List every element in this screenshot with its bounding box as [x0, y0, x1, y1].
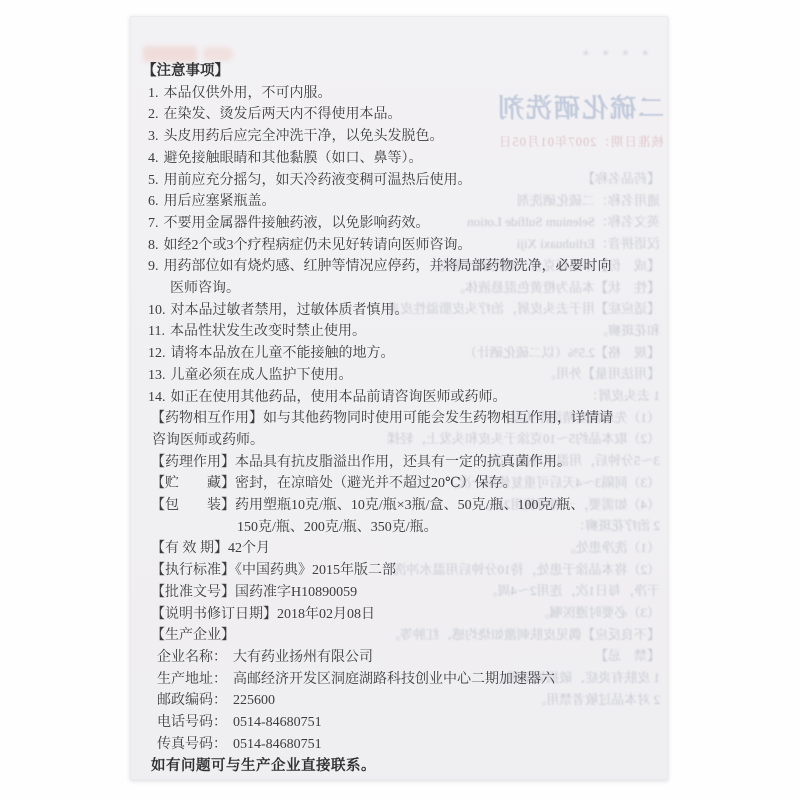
company-field-value: 大有药业扬州有限公司 — [233, 650, 373, 665]
corner-marks-showthrough: ✳ ✳ ✳ ✳ — [582, 48, 654, 59]
item-text: 本品性状发生改变时禁止使用。 — [170, 324, 366, 339]
precaution-item: 4.避免接触眼睛和其他黏膜（如口、鼻等）。 — [142, 148, 650, 170]
precaution-item: 9.用药部位如有烧灼感、红肿等情况应停药，并将局部药物洗净，必要时向 — [142, 256, 650, 278]
company-field-label: 企业名称： — [157, 650, 227, 665]
company-field-label: 电话号码： — [157, 715, 227, 730]
entry-label: 【说明书修订日期】 — [151, 607, 277, 622]
entry-row: 【包 装】药用塑瓶10克/瓶、10克/瓶×3瓶/盒、50克/瓶、100克/瓶、 — [142, 495, 650, 517]
entry-value: 《中国药典》2015年版二部 — [235, 563, 396, 578]
company-field-label: 邮政编码： — [157, 693, 227, 708]
entry-label: 【药物相互作用】 — [151, 411, 263, 426]
item-text: 请将本品放在儿童不能接触的地方。 — [171, 346, 395, 361]
company-row: 电话号码：0514-84680751 — [142, 712, 650, 734]
item-number: 11. — [148, 321, 165, 343]
item-text: 头皮用药后应完全冲洗干净，以免头发脱色。 — [164, 129, 444, 144]
company-info: 企业名称：大有药业扬州有限公司生产地址：高邮经济开发区洞庭湖路科技创业中心二期加… — [142, 647, 650, 756]
entry-label: 【包 装】 — [151, 498, 235, 513]
company-field-value: 0514-84680751 — [233, 737, 322, 752]
entry-row: 【执行标准】《中国药典》2015年版二部 — [142, 560, 650, 582]
item-number: 4. — [148, 148, 159, 170]
item-text: 本品仅供外用，不可内服。 — [164, 86, 332, 101]
item-text: 对本品过敏者禁用，过敏体质者慎用。 — [171, 303, 409, 318]
company-field-value: 0514-84680751 — [233, 715, 322, 730]
item-number: 7. — [148, 213, 159, 235]
item-text: 不要用金属器件接触药液，以免影响药效。 — [164, 216, 430, 231]
leaflet-paper: ✳ ✳ ✳ ✳ 二硫化硒洗剂 核准日期：2007年01月05日 【药品名称】通用… — [130, 16, 668, 780]
entry-value: 密封，在凉暗处（避光并不超过20℃）保存。 — [235, 476, 517, 491]
company-row: 生产地址：高邮经济开发区洞庭湖路科技创业中心二期加速器六 — [142, 669, 650, 691]
entry-label: 【贮 藏】 — [151, 476, 235, 491]
entry-list: 【药物相互作用】如与其他药物同时使用可能会发生药物相互作用，详情请咨询医师或药师… — [142, 408, 650, 647]
entry-label: 【药理作用】 — [151, 455, 235, 470]
precaution-item: 14.如正在使用其他药品，使用本品前请咨询医师或药师。 — [142, 387, 650, 409]
entry-row: 【贮 藏】密封，在凉暗处（避光并不超过20℃）保存。 — [142, 473, 650, 495]
item-number: 8. — [148, 235, 159, 257]
item-number: 14. — [148, 387, 166, 409]
item-text: 用前应充分摇匀，如天冷药液变稠可温热后使用。 — [164, 173, 472, 188]
company-field-value: 225600 — [233, 693, 275, 708]
item-text: 如经2个或3个疗程病症仍未见好转请向医师咨询。 — [164, 238, 472, 253]
logo-smudge — [203, 47, 233, 61]
company-field-value: 高邮经济开发区洞庭湖路科技创业中心二期加速器六 — [233, 672, 555, 687]
precaution-item: 3.头皮用药后应完全冲洗干净，以免头发脱色。 — [142, 126, 650, 148]
item-number: 13. — [148, 365, 166, 387]
item-number: 10. — [148, 300, 166, 322]
item-text: 如正在使用其他药品，使用本品前请咨询医师或药师。 — [171, 390, 507, 405]
entry-value: 2018年02月08日 — [277, 607, 375, 622]
item-text: 用药部位如有烧灼感、红肿等情况应停药，并将局部药物洗净，必要时向 — [164, 259, 612, 274]
precaution-item: 12.请将本品放在儿童不能接触的地方。 — [142, 343, 650, 365]
entry-value: 药用塑瓶10克/瓶、10克/瓶×3瓶/盒、50克/瓶、100克/瓶、 — [235, 498, 584, 513]
item-text: 儿童必须在成人监护下使用。 — [171, 368, 353, 383]
precautions-title: 【注意事项】 — [142, 61, 650, 83]
entry-row-cont: 咨询医师或药师。 — [142, 430, 650, 452]
precaution-item: 6.用后应塞紧瓶盖。 — [142, 191, 650, 213]
entry-value: 本品具有抗皮脂溢出作用，还具有一定的抗真菌作用。 — [235, 455, 571, 470]
item-number: 3. — [148, 126, 159, 148]
precaution-item: 7.不要用金属器件接触药液，以免影响药效。 — [142, 213, 650, 235]
item-number: 9. — [148, 256, 159, 278]
company-row: 邮政编码：225600 — [142, 690, 650, 712]
item-text: 在染发、烫发后两天内不得使用本品。 — [164, 107, 402, 122]
company-row: 传真号码：0514-84680751 — [142, 734, 650, 756]
leaflet-content: 【注意事项】 1.本品仅供外用，不可内服。2.在染发、烫发后两天内不得使用本品。… — [130, 61, 668, 777]
item-text: 避免接触眼睛和其他黏膜（如口、鼻等）。 — [164, 151, 423, 166]
logo-smudge — [143, 46, 197, 62]
entry-label: 【批准文号】 — [151, 585, 235, 600]
company-field-label: 生产地址： — [157, 672, 227, 687]
entry-row: 【生产企业】 — [142, 625, 650, 647]
item-number: 1. — [148, 83, 159, 105]
precaution-item: 11.本品性状发生改变时禁止使用。 — [142, 321, 650, 343]
item-number: 5. — [148, 170, 159, 192]
precautions-list: 1.本品仅供外用，不可内服。2.在染发、烫发后两天内不得使用本品。3.头皮用药后… — [142, 83, 650, 409]
item-number: 2. — [148, 104, 159, 126]
entry-row: 【药物相互作用】如与其他药物同时使用可能会发生药物相互作用，详情请 — [142, 408, 650, 430]
entry-label: 【生产企业】 — [151, 628, 235, 643]
company-field-label: 传真号码： — [157, 737, 227, 752]
company-row: 企业名称：大有药业扬州有限公司 — [142, 647, 650, 669]
entry-value: 如与其他药物同时使用可能会发生药物相互作用，详情请 — [263, 411, 613, 426]
precaution-item: 13.儿童必须在成人监护下使用。 — [142, 365, 650, 387]
item-number: 12. — [148, 343, 166, 365]
entry-value: 42个月 — [228, 541, 270, 556]
precaution-item: 5.用前应充分摇匀，如天冷药液变稠可温热后使用。 — [142, 170, 650, 192]
item-number: 6. — [148, 191, 159, 213]
entry-row: 【药理作用】本品具有抗皮脂溢出作用，还具有一定的抗真菌作用。 — [142, 452, 650, 474]
precaution-item: 1.本品仅供外用，不可内服。 — [142, 83, 650, 105]
precaution-item: 10.对本品过敏者禁用，过敏体质者慎用。 — [142, 300, 650, 322]
precaution-item: 8.如经2个或3个疗程病症仍未见好转请向医师咨询。 — [142, 235, 650, 257]
entry-value: 国药准字H10890059 — [235, 585, 357, 600]
precaution-item: 2.在染发、烫发后两天内不得使用本品。 — [142, 104, 650, 126]
entry-row: 【有 效 期】42个月 — [142, 538, 650, 560]
entry-row-cont: 150克/瓶、200克/瓶、350克/瓶。 — [142, 517, 650, 539]
entry-row: 【批准文号】国药准字H10890059 — [142, 582, 650, 604]
item-text: 用后应塞紧瓶盖。 — [164, 194, 276, 209]
entry-label: 【有 效 期】 — [151, 541, 228, 556]
contact-note: 如有问题可与生产企业直接联系。 — [142, 756, 650, 778]
leaflet-photo: ✳ ✳ ✳ ✳ 二硫化硒洗剂 核准日期：2007年01月05日 【药品名称】通用… — [0, 0, 800, 800]
precaution-item-cont: 医师咨询。 — [142, 278, 650, 300]
entry-label: 【执行标准】 — [151, 563, 235, 578]
entry-row: 【说明书修订日期】2018年02月08日 — [142, 604, 650, 626]
